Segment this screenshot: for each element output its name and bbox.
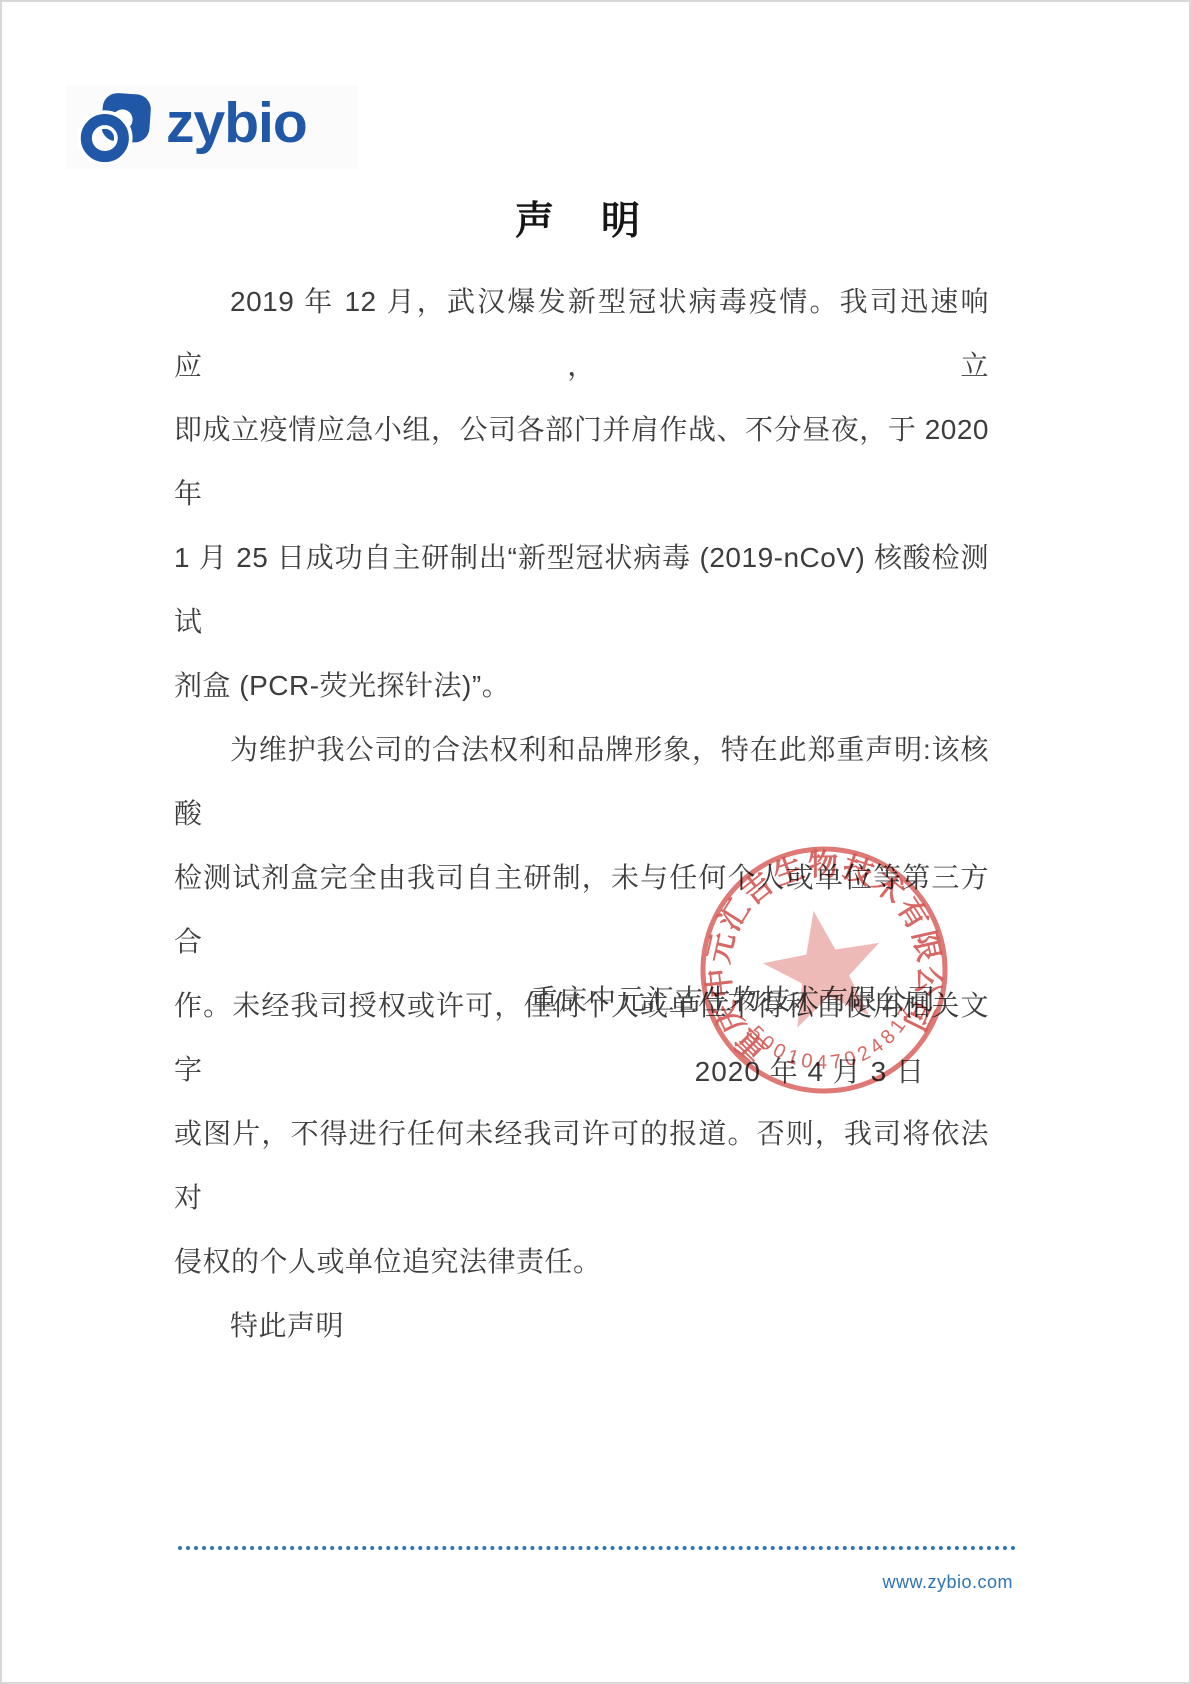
zybio-logo: zybio: [66, 85, 358, 169]
zybio-wordmark: zybio: [166, 95, 307, 160]
document-page: zybio 声 明 2019 年 12 月，武汉爆发新型冠状病毒疫情。我司迅速响…: [0, 0, 1191, 1684]
body-line: 1 月 25 日成功自主研制出“新型冠状病毒 (2019-nCoV) 核酸检测试: [174, 526, 989, 654]
statement-title: 声 明: [172, 190, 987, 246]
zybio-logo-icon: [78, 90, 152, 164]
body-line: 即成立疫情应急小组，公司各部门并肩作战、不分昼夜，于 2020 年: [174, 398, 989, 526]
body-line: 特此声明: [174, 1294, 989, 1358]
body-line: 或图片，不得进行任何未经我司许可的报道。否则，我司将依法对: [174, 1102, 989, 1230]
body-line: 为维护我公司的合法权利和品牌形象，特在此郑重声明:该核酸: [174, 718, 989, 846]
footer-divider: [178, 1546, 1016, 1550]
statement-body: 2019 年 12 月，武汉爆发新型冠状病毒疫情。我司迅速响应，立 即成立疫情应…: [174, 270, 989, 1358]
statement-date: 2020 年 4 月 3 日: [695, 1050, 925, 1090]
body-line: 侵权的个人或单位追究法律责任。: [174, 1230, 989, 1294]
body-line: 检测试剂盒完全由我司自主研制，未与任何个人或单位等第三方合: [174, 846, 989, 974]
footer-website: www.zybio.com: [882, 1572, 1013, 1593]
body-line: 剂盒 (PCR-荧光探针法)”。: [174, 654, 989, 718]
body-line: 2019 年 12 月，武汉爆发新型冠状病毒疫情。我司迅速响应，立: [174, 270, 989, 398]
company-name: 重庆中元汇吉生物技术有限公司: [530, 978, 936, 1018]
